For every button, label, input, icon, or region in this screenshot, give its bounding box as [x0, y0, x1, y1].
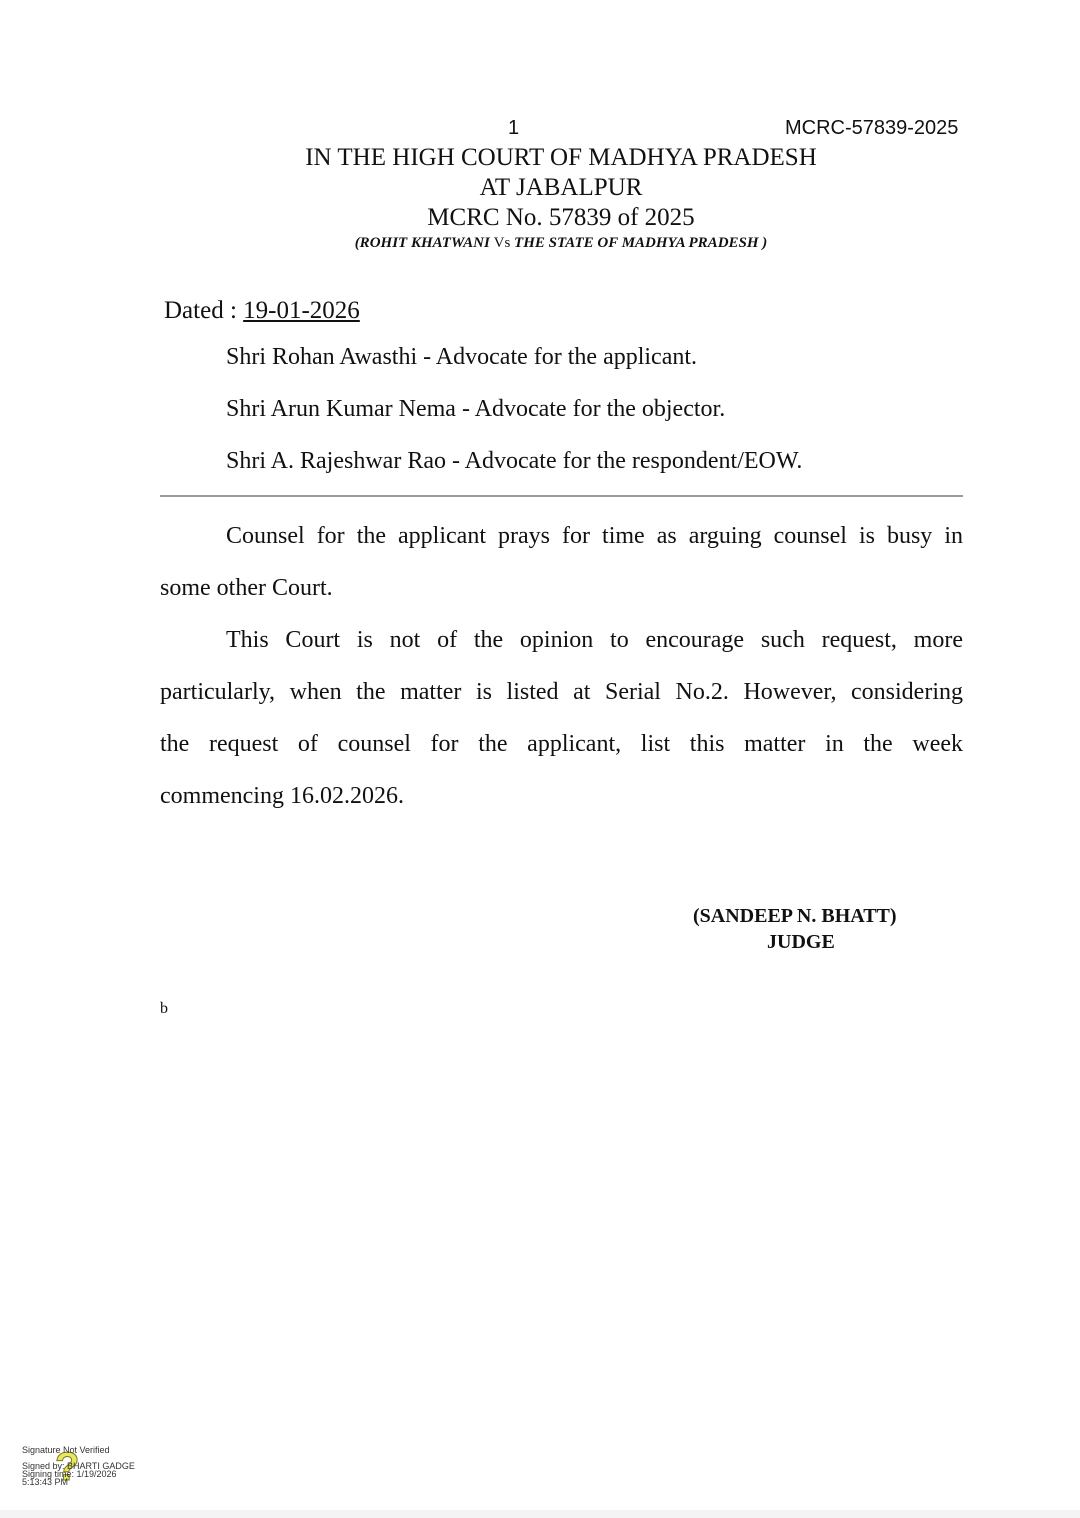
case-title: MCRC No. 57839 of 2025: [0, 204, 1080, 232]
body-line: Counsel for the applicant prays for time…: [160, 523, 963, 550]
judge-title: JUDGE: [767, 931, 835, 954]
versus-label: Vs: [494, 235, 511, 251]
case-reference: MCRC-57839-2025: [785, 117, 958, 140]
typist-initial: b: [160, 1000, 168, 1018]
judge-name: (SANDEEP N. BHATT): [693, 905, 897, 928]
order-date: 19-01-2026: [243, 297, 360, 324]
party-respondent: THE STATE OF MADHYA PRADESH ): [514, 235, 767, 251]
body-line: commencing 16.02.2026.: [160, 783, 963, 810]
court-location: AT JABALPUR: [0, 174, 1080, 202]
body-line: This Court is not of the opinion to enco…: [160, 627, 963, 654]
signing-clock-time: 5:13:43 PM: [22, 1478, 68, 1486]
body-line: some other Court.: [160, 575, 963, 602]
dated-label: Dated :: [164, 297, 243, 324]
page-number: 1: [508, 117, 519, 140]
dated-line: Dated : 19-01-2026: [164, 297, 360, 325]
party-applicant: (ROHIT KHATWANI: [355, 235, 490, 251]
court-name: IN THE HIGH COURT OF MADHYA PRADESH: [0, 144, 1080, 172]
signature-status: Signature Not Verified: [22, 1446, 110, 1454]
appearance-respondent: Shri A. Rajeshwar Rao - Advocate for the…: [226, 448, 802, 475]
appearance-objector: Shri Arun Kumar Nema - Advocate for the …: [226, 396, 725, 423]
case-parties: (ROHIT KHATWANI Vs THE STATE OF MADHYA P…: [0, 235, 1080, 252]
body-line: the request of counsel for the applicant…: [160, 731, 963, 758]
divider: [160, 495, 963, 497]
appearance-applicant: Shri Rohan Awasthi - Advocate for the ap…: [226, 344, 697, 371]
page-bottom-edge: [0, 1510, 1080, 1518]
body-line: particularly, when the matter is listed …: [160, 679, 963, 706]
